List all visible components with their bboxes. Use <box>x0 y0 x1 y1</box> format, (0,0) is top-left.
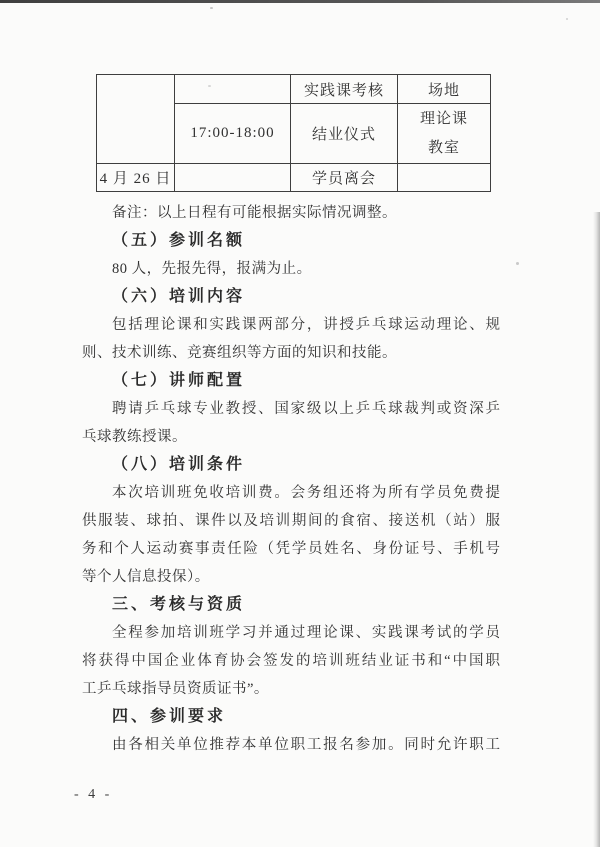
venue-line: 教室 <box>428 140 460 156</box>
table-cell-activity: 实践课考核 <box>291 75 398 104</box>
body-line: 由各相关单位推荐本单位职工报名参加。同时允许职工 <box>82 731 500 759</box>
table-cell-activity: 学员离会 <box>291 164 398 192</box>
body-line: 包括理论课和实践课两部分，讲授乒乓球运动理论、规 <box>82 311 500 339</box>
table-cell-date: 4 月 26 日 <box>97 164 175 192</box>
table-cell-activity: 结业仪式 <box>291 104 398 164</box>
body-line: 则、技术训练、竞赛组织等方面的知识和技能。 <box>82 339 500 367</box>
scanned-document-page: 实践课考核 场地 17:00-18:00 结业仪式 理论课 教室 4 月 26 … <box>0 0 600 847</box>
scan-speck <box>516 262 519 265</box>
document-body: 备注：以上日程有可能根据实际情况调整。 （五）参训名额 80 人，先报先得，报满… <box>82 199 500 759</box>
body-line: 全程参加培训班学习并通过理论课、实践课考试的学员 <box>82 619 500 647</box>
body-line: 等个人信息投保）。 <box>82 563 500 591</box>
section-4-heading: 四、参训要求 <box>82 703 500 731</box>
table-cell-time: 17:00-18:00 <box>175 104 291 164</box>
table-cell-venue: 理论课 教室 <box>398 104 491 164</box>
section-3-heading: 三、考核与资质 <box>82 591 500 619</box>
body-line: 供服装、球拍、课件以及培训期间的食宿、接送机（站）服 <box>82 507 500 535</box>
table-cell-date-merged <box>97 75 175 164</box>
body-line: 务和个人运动赛事责任险（凭学员姓名、身份证号、手机号 <box>82 535 500 563</box>
schedule-table: 实践课考核 场地 17:00-18:00 结业仪式 理论课 教室 4 月 26 … <box>96 74 491 192</box>
table-cell-venue <box>398 164 491 192</box>
table-cell-time <box>175 75 291 104</box>
scan-speck <box>566 18 568 20</box>
body-line: 乓球教练授课。 <box>82 423 500 451</box>
body-line: 工乒乓球指导员资质证书”。 <box>82 675 500 703</box>
table-cell-time <box>175 164 291 192</box>
body-line: 80 人，先报先得，报满为止。 <box>82 255 500 283</box>
venue-line: 理论课 <box>420 111 468 127</box>
scan-shadow-right <box>593 212 600 847</box>
scan-speck <box>210 7 213 9</box>
note-line: 备注：以上日程有可能根据实际情况调整。 <box>82 199 500 227</box>
page-number: - 4 - <box>74 787 112 803</box>
section-6-heading: （六）培训内容 <box>82 283 500 311</box>
body-line: 聘请乒乓球专业教授、国家级以上乒乓球裁判或资深乒 <box>82 395 500 423</box>
section-7-heading: （七）讲师配置 <box>82 367 500 395</box>
body-line: 本次培训班免收培训费。会务组还将为所有学员免费提 <box>82 479 500 507</box>
section-8-heading: （八）培训条件 <box>82 451 500 479</box>
table-cell-venue: 场地 <box>398 75 491 104</box>
section-5-heading: （五）参训名额 <box>82 227 500 255</box>
scan-edge-artifact-top <box>0 0 600 3</box>
body-line: 将获得中国企业体育协会签发的培训班结业证书和“中国职 <box>82 647 500 675</box>
